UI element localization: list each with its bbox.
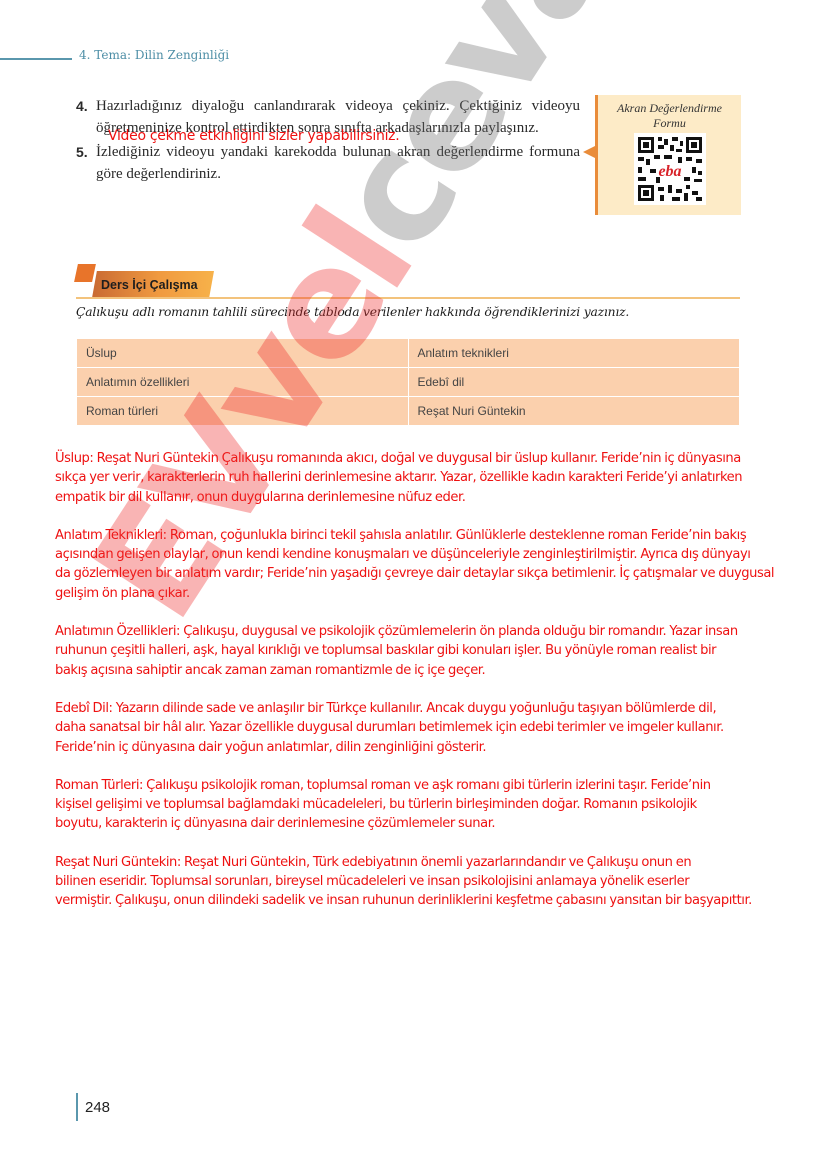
table-row: Üslup Anlatım teknikleri — [77, 339, 740, 368]
question-number: 5. — [76, 141, 88, 163]
answer-resat-nuri-guntekin: Reşat Nuri Güntekin: Reşat Nuri Güntekin… — [55, 853, 835, 911]
table-cell: Reşat Nuri Güntekin — [408, 397, 740, 426]
table-row: Roman türleri Reşat Nuri Güntekin — [77, 397, 740, 426]
question-text: İzlediğiniz videoyu yandaki karekodda bu… — [96, 141, 580, 185]
answer-anlatimin-ozellikleri: Anlatımın Özellikleri: Çalıkuşu, duygusa… — [55, 622, 835, 680]
qr-code-icon[interactable]: eba — [634, 133, 706, 205]
qr-label-line2: Formu — [653, 116, 686, 130]
question-5: 5. İzlediğiniz videoyu yandaki karekodda… — [76, 141, 580, 185]
question-number: 4. — [76, 95, 88, 117]
table-cell: Üslup — [77, 339, 409, 368]
svg-text:eba: eba — [658, 163, 681, 180]
qr-label: Akran Değerlendirme Formu — [598, 101, 741, 131]
footer-rule — [76, 1093, 78, 1121]
table-cell: Roman türleri — [77, 397, 409, 426]
answer-uslup: Üslup: Reşat Nuri Güntekin Çalıkuşu roma… — [55, 449, 835, 507]
section-rule — [76, 297, 740, 299]
table-cell: Anlatımın özellikleri — [77, 368, 409, 397]
table-row: Anlatımın özellikleri Edebî dil — [77, 368, 740, 397]
answer-roman-turleri: Roman Türleri: Çalıkuşu psikolojik roman… — [55, 776, 835, 834]
arrow-left-icon — [583, 146, 595, 158]
qr-label-line1: Akran Değerlendirme — [617, 101, 722, 115]
header-rule — [0, 58, 72, 60]
chapter-title: 4. Tema: Dilin Zenginliği — [79, 48, 229, 62]
table-cell: Anlatım teknikleri — [408, 339, 740, 368]
page-number: 248 — [85, 1099, 110, 1116]
section-tab: Ders İçi Çalışma — [92, 271, 214, 298]
answer-edebi-dil: Edebî Dil: Yazarın dilinde sade ve anlaş… — [55, 699, 835, 757]
peer-review-qr-box: Akran Değerlendirme Formu eba — [595, 95, 741, 215]
section-accent — [74, 264, 96, 282]
activity-instruction: Çalıkuşu adlı romanın tahlili sürecinde … — [76, 305, 629, 319]
topics-table: Üslup Anlatım teknikleri Anlatımın özell… — [76, 338, 740, 426]
answer-anlatim-teknikleri: Anlatım Teknikleri: Roman, çoğunlukla bi… — [55, 526, 835, 603]
table-cell: Edebî dil — [408, 368, 740, 397]
answers-block: Üslup: Reşat Nuri Güntekin Çalıkuşu roma… — [55, 449, 835, 930]
